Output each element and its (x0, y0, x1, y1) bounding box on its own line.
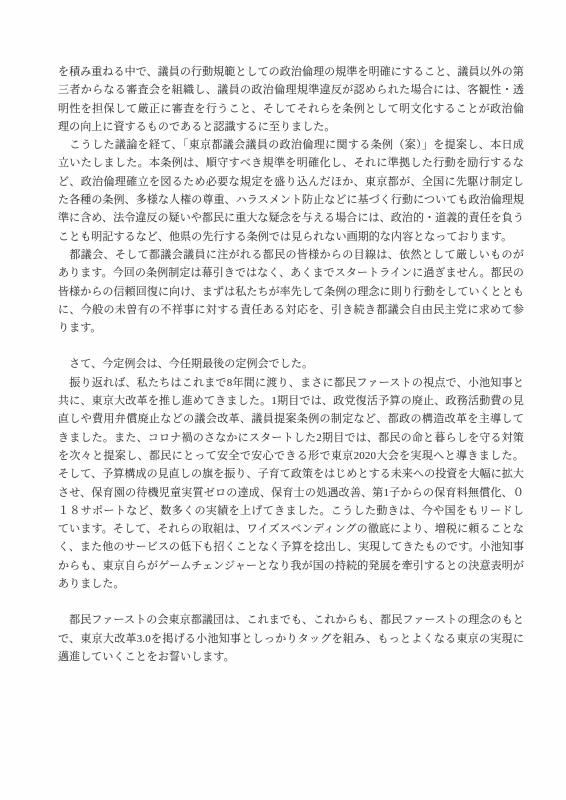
paragraph: 振り返れば、私たちはこれまで8年間に渡り、まさに都民ファーストの視点で、小池知事… (58, 374, 524, 594)
document-body: を積み重ねる中で、議員の行動規範としての政治倫理の規準を明確にすること、議員以外… (58, 63, 524, 666)
document-section: さて、今定例会は、今任期最後の定例会でした。 振り返れば、私たちはこれまで8年間… (58, 355, 524, 593)
document-section: 都民ファーストの会東京都議団は、これまでも、これからも、都民ファーストの理念のも… (58, 611, 524, 666)
paragraph: さて、今定例会は、今任期最後の定例会でした。 (58, 355, 524, 373)
document-section: を積み重ねる中で、議員の行動規範としての政治倫理の規準を明確にすること、議員以外… (58, 63, 524, 337)
paragraph: を積み重ねる中で、議員の行動規範としての政治倫理の規準を明確にすること、議員以外… (58, 63, 524, 136)
document-page: を積み重ねる中で、議員の行動規範としての政治倫理の規準を明確にすること、議員以外… (0, 0, 566, 800)
paragraph: 都議会、そして都議会議員に注がれる都民の皆様からの目線は、依然として厳しいものが… (58, 246, 524, 337)
paragraph: こうした議論を経て、「東京都議会議員の政治倫理に関する条例（案）」を提案し、本日… (58, 136, 524, 246)
paragraph: 都民ファーストの会東京都議団は、これまでも、これからも、都民ファーストの理念のも… (58, 611, 524, 666)
